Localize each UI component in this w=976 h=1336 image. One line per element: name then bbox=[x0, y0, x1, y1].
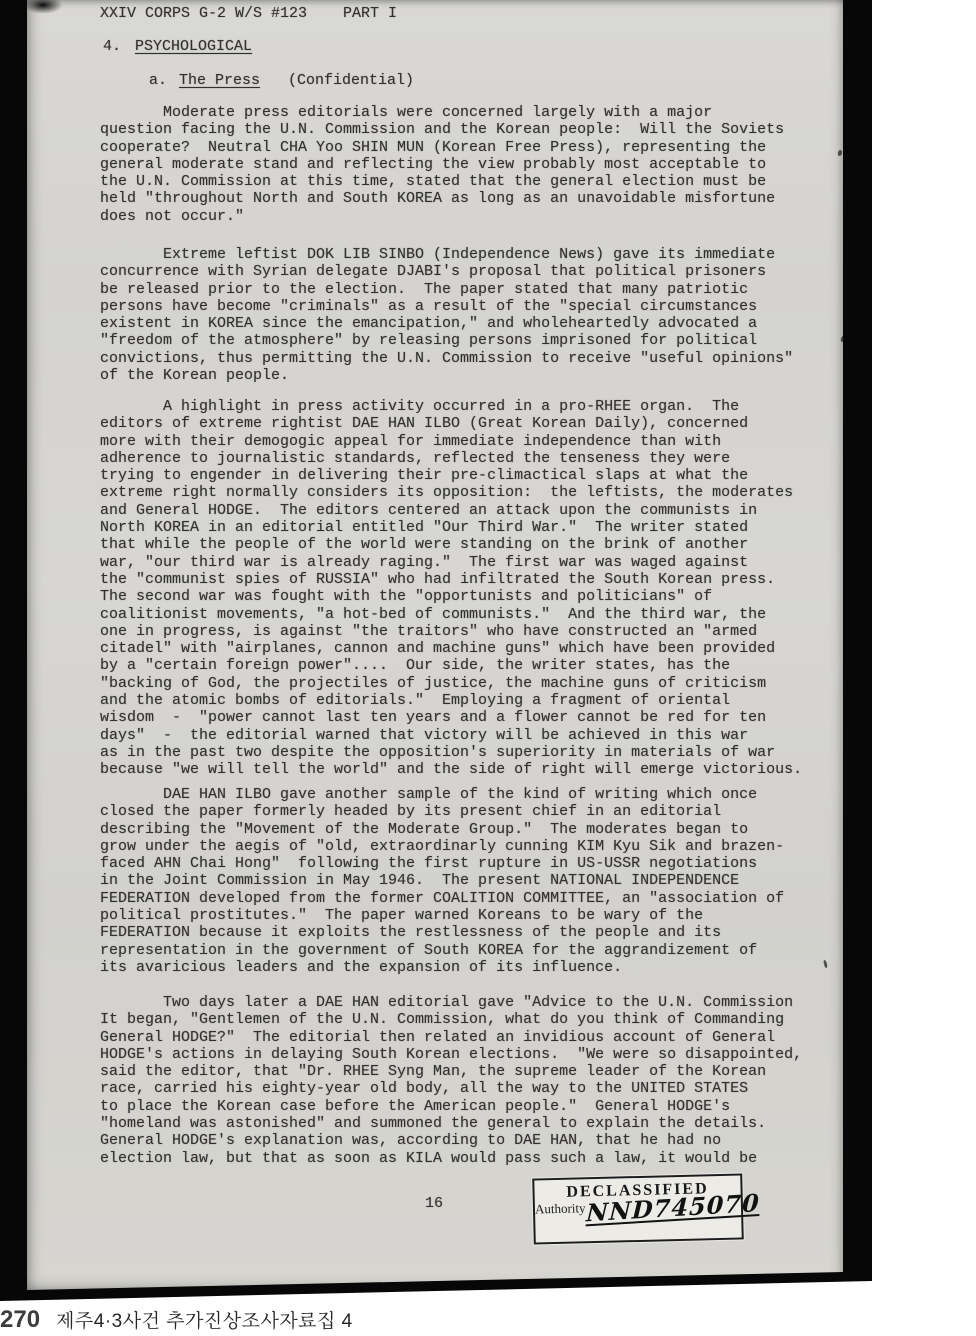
ink-speck bbox=[847, 374, 853, 381]
subsection-heading: a.The Press(Confidential) bbox=[149, 72, 414, 89]
scanned-photo-background: XXIV CORPS G-2 W/S #123 PART I 4.PSYCHOL… bbox=[0, 0, 872, 1302]
ink-speck bbox=[843, 267, 850, 275]
stamp-authority-label: Authority bbox=[535, 1200, 586, 1216]
caption-page-number: 270 bbox=[0, 1306, 40, 1333]
scan-blotch bbox=[23, 0, 63, 14]
document-page: XXIV CORPS G-2 W/S #123 PART I 4.PSYCHOL… bbox=[27, 0, 843, 1291]
ink-speck bbox=[849, 998, 854, 1005]
classification-note: (Confidential) bbox=[288, 72, 414, 89]
paragraph-3: A highlight in press activity occurred i… bbox=[100, 398, 845, 779]
stamp-authority-line: AuthorityNND745070 bbox=[535, 1195, 742, 1224]
ink-speck bbox=[848, 182, 852, 188]
ink-speck bbox=[850, 292, 856, 299]
book-caption: 270제주4·3사건 추가진상조사자료집 4 bbox=[0, 1306, 353, 1334]
declassified-stamp: DECLASSIFIED AuthorityNND745070 bbox=[532, 1173, 744, 1244]
document-header: XXIV CORPS G-2 W/S #123 PART I bbox=[100, 5, 397, 22]
subsection-title: The Press bbox=[179, 72, 260, 89]
section-number: 4. bbox=[103, 38, 121, 55]
ink-speck bbox=[840, 335, 846, 342]
paragraph-2: Extreme leftist DOK LIB SINBO (Independe… bbox=[100, 246, 845, 384]
paragraph-1: Moderate press editorials were concerned… bbox=[100, 104, 845, 225]
page-number: 16 bbox=[425, 1195, 443, 1212]
paragraph-4: DAE HAN ILBO gave another sample of the … bbox=[100, 786, 845, 976]
caption-title: 제주4·3사건 추가진상조사자료집 4 bbox=[56, 1311, 353, 1332]
section-heading: 4.PSYCHOLOGICAL bbox=[103, 38, 252, 55]
stamp-authority-number: NND745070 bbox=[585, 1192, 760, 1226]
paragraph-5: Two days later a DAE HAN editorial gave … bbox=[100, 994, 845, 1167]
subsection-letter: a. bbox=[149, 72, 167, 89]
section-title: PSYCHOLOGICAL bbox=[135, 38, 252, 55]
